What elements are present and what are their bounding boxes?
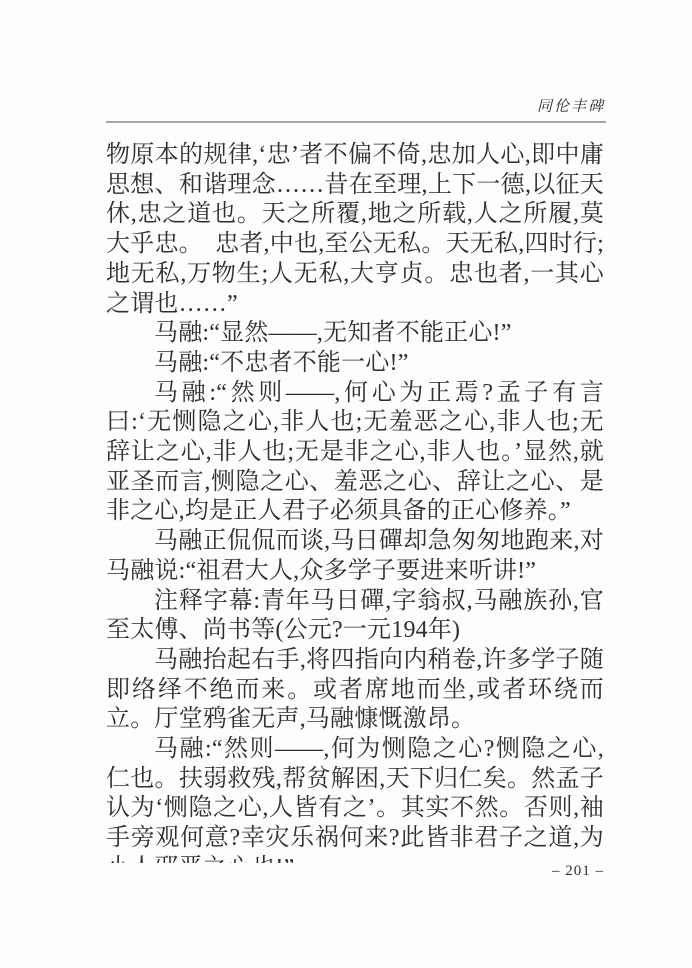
header-rule — [106, 121, 606, 123]
running-header-title: 同伦丰碑 — [106, 95, 605, 116]
paragraph: 马融正侃侃而谈,马日磾却急匆匆地跑来,对马融说:“祖君大人,众多学子要进来听讲!… — [106, 527, 604, 586]
paragraph: 马融抬起右手,将四指向内稍卷,许多学子随即络绎不绝而来。或者席地而坐,或者环绕而… — [106, 646, 604, 735]
paragraph: 注释字幕:青年马日磾,字翁叔,马融族孙,官至太傅、尚书等(公元?一元194年) — [106, 587, 604, 646]
paragraph: 物原本的规律,‘忠’者不偏不倚,忠加人心,即中庸思想、和谐理念……昔在至理,上下… — [106, 141, 604, 319]
body-text: 物原本的规律,‘忠’者不偏不倚,忠加人心,即中庸思想、和谐理念……昔在至理,上下… — [106, 141, 604, 863]
paragraph: 马融:“显然——,无知者不能正心!” — [106, 319, 604, 349]
book-page: 同伦丰碑 物原本的规律,‘忠’者不偏不倚,忠加人心,即中庸思想、和谐理念……昔在… — [0, 0, 692, 968]
paragraph: 马融:“不忠者不能一心!” — [106, 349, 604, 379]
page-number: – 201 – — [106, 863, 604, 880]
paragraph: 马融:“然则——,何为恻隐之心?恻隐之心,仁也。扶弱救残,帮贫解困,天下归仁矣。… — [106, 735, 604, 863]
paragraph: 马融:“然则——,何心为正焉?孟子有言曰:‘无恻隐之心,非人也;无羞恶之心,非人… — [106, 379, 604, 528]
